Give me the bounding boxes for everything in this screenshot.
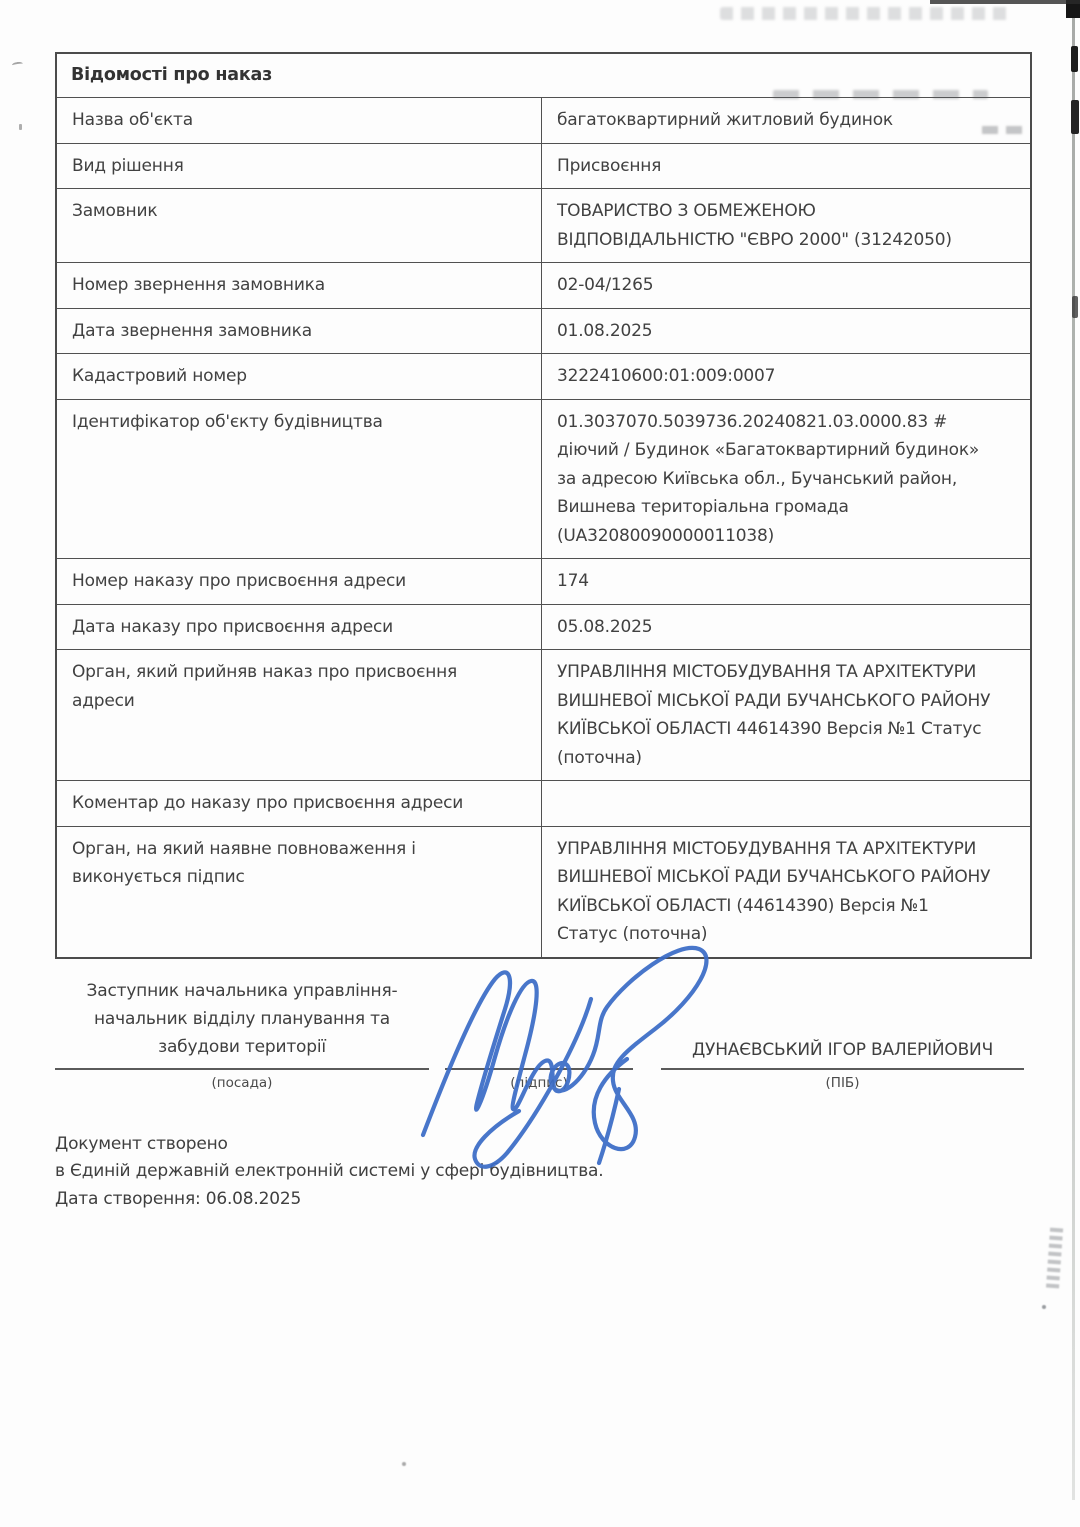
row-label: Кадастровий номер xyxy=(57,354,542,399)
order-details-table: Відомості про наказ Назва об'єкта багато… xyxy=(55,52,1032,959)
row-label: Дата звернення замовника xyxy=(57,309,542,354)
position-text: Заступник начальника управління- начальн… xyxy=(55,977,429,1070)
scan-smudge xyxy=(982,126,1028,134)
position-line: забудови території xyxy=(55,1033,429,1061)
row-label: Орган, який прийняв наказ про присвоєння… xyxy=(57,650,542,780)
scan-edge-blob xyxy=(1071,46,1078,72)
row-label: Ідентифікатор об'єкту будівництва xyxy=(57,400,542,559)
position-column: Заступник начальника управління- начальн… xyxy=(55,977,429,1091)
scanned-document-page: Відомості про наказ Назва об'єкта багато… xyxy=(0,0,1080,1527)
scan-top-edge-mark xyxy=(930,0,1080,4)
table-row-request-date: Дата звернення замовника 01.08.2025 xyxy=(57,308,1030,354)
row-value xyxy=(542,781,1030,826)
scan-smudge xyxy=(720,7,1010,20)
signature-block: Заступник начальника управління- начальн… xyxy=(55,977,1032,1091)
row-value: ТОВАРИСТВО З ОБМЕЖЕНОЮ ВІДПОВІДАЛЬНІСТЮ … xyxy=(542,189,1030,262)
footer-date-line: Дата створення: 06.08.2025 xyxy=(55,1186,775,1214)
row-label: Назва об'єкта xyxy=(57,98,542,143)
signature-column: (підпис) xyxy=(445,1046,633,1091)
position-caption: (посада) xyxy=(55,1070,429,1091)
scan-pen-mark xyxy=(19,124,22,130)
table-row-cadastral-number: Кадастровий номер 3222410600:01:009:0007 xyxy=(57,353,1030,399)
position-line: Заступник начальника управління- xyxy=(55,977,429,1005)
footer-system-line: в Єдиній державній електронній системі у… xyxy=(55,1158,775,1186)
table-row-customer: Замовник ТОВАРИСТВО З ОБМЕЖЕНОЮ ВІДПОВІД… xyxy=(57,188,1030,262)
document-footer: Документ створено в Єдиній державній еле… xyxy=(55,1131,775,1214)
row-value: багатоквартирний житловий будинок xyxy=(542,98,1030,143)
scan-edge-blob xyxy=(1071,100,1079,134)
row-value: Присвоєння xyxy=(542,144,1030,189)
row-value: 3222410600:01:009:0007 xyxy=(542,354,1030,399)
scan-smudge xyxy=(1046,1228,1063,1291)
row-label: Номер звернення замовника xyxy=(57,263,542,308)
row-label: Дата наказу про присвоєння адреси xyxy=(57,605,542,650)
name-column: ДУНАЄВСЬКИЙ ІГОР ВАЛЕРІЙОВИЧ (ПІБ) xyxy=(661,1040,1024,1091)
row-label: Замовник xyxy=(57,189,542,262)
signer-name: ДУНАЄВСЬКИЙ ІГОР ВАЛЕРІЙОВИЧ xyxy=(661,1040,1024,1070)
scan-edge-line xyxy=(1072,0,1075,1500)
row-label: Вид рішення xyxy=(57,144,542,189)
scan-edge-blob xyxy=(1072,296,1078,318)
row-value: 01.3037070.5039736.20240821.03.0000.83 #… xyxy=(542,400,1030,559)
table-row-order-date: Дата наказу про присвоєння адреси 05.08.… xyxy=(57,604,1030,650)
scan-speck xyxy=(1042,1305,1046,1309)
row-label: Номер наказу про присвоєння адреси xyxy=(57,559,542,604)
scan-speck xyxy=(402,1462,406,1466)
signature-caption: (підпис) xyxy=(445,1070,633,1091)
table-row-request-number: Номер звернення замовника 02-04/1265 xyxy=(57,262,1030,308)
position-line: начальник відділу планування та xyxy=(55,1005,429,1033)
table-row-signing-authority: Орган, на який наявне повноваження і вик… xyxy=(57,826,1030,957)
footer-created-line: Документ створено xyxy=(55,1131,775,1159)
row-value: УПРАВЛІННЯ МІСТОБУДУВАННЯ ТА АРХІТЕКТУРИ… xyxy=(542,650,1030,780)
signature-line xyxy=(445,1046,633,1070)
row-label: Орган, на який наявне повноваження і вик… xyxy=(57,827,542,957)
table-row-order-number: Номер наказу про присвоєння адреси 174 xyxy=(57,558,1030,604)
row-label: Коментар до наказу про присвоєння адреси xyxy=(57,781,542,826)
table-row-issuing-authority: Орган, який прийняв наказ про присвоєння… xyxy=(57,649,1030,780)
row-value: УПРАВЛІННЯ МІСТОБУДУВАННЯ ТА АРХІТЕКТУРИ… xyxy=(542,827,1030,957)
table-row-order-comment: Коментар до наказу про присвоєння адреси xyxy=(57,780,1030,826)
row-value: 05.08.2025 xyxy=(542,605,1030,650)
row-value: 174 xyxy=(542,559,1030,604)
row-value: 02-04/1265 xyxy=(542,263,1030,308)
table-row-construction-object-id: Ідентифікатор об'єкту будівництва 01.303… xyxy=(57,399,1030,559)
name-caption: (ПІБ) xyxy=(661,1070,1024,1091)
row-value: 01.08.2025 xyxy=(542,309,1030,354)
scan-pen-mark xyxy=(12,61,24,67)
table-row-object-name: Назва об'єкта багатоквартирний житловий … xyxy=(57,97,1030,143)
table-row-decision-type: Вид рішення Присвоєння xyxy=(57,143,1030,189)
scan-smudge xyxy=(773,90,988,99)
